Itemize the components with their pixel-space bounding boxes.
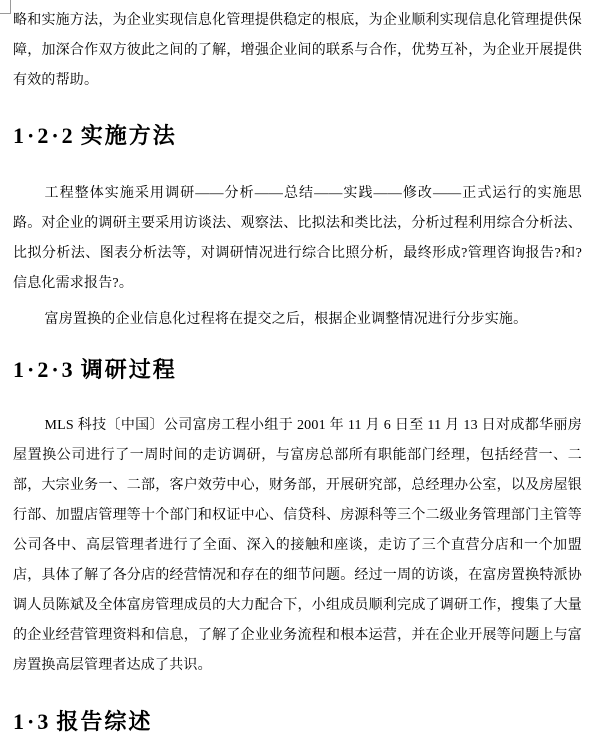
text-boundary-corner-marker: [0, 0, 11, 14]
research-process-paragraph: MLS 科技〔中国〕公司富房工程小组于 2001 年 11 月 6 日至 11 …: [13, 411, 582, 681]
heading-title: 报告综述: [56, 709, 152, 734]
heading-1-3-report-overview: 1·3报告综述: [13, 707, 582, 737]
heading-title: 调研过程: [81, 357, 177, 382]
stepwise-implementation-paragraph: 富房置换的企业信息化过程将在提交之后，根据企业调整情况进行分步实施。: [13, 305, 582, 335]
heading-1-2-3-research-process: 1·2·3调研过程: [13, 355, 582, 385]
heading-number: 1·2·2: [13, 123, 76, 148]
heading-number: 1·2·3: [13, 357, 76, 382]
heading-number: 1·3: [13, 709, 51, 734]
implementation-method-paragraph: 工程整体实施采用调研——分析——总结——实践——修改——正式运行的实施思路。对企…: [13, 179, 582, 299]
intro-continuation-paragraph: 略和实施方法，为企业实现信息化管理提供稳定的根底，为企业顺利实现信息化管理提供保…: [13, 6, 582, 96]
document-page: 略和实施方法，为企业实现信息化管理提供稳定的根底，为企业顺利实现信息化管理提供保…: [0, 0, 596, 742]
heading-1-2-2-implementation-method: 1·2·2实施方法: [13, 121, 582, 151]
heading-title: 实施方法: [81, 123, 177, 148]
